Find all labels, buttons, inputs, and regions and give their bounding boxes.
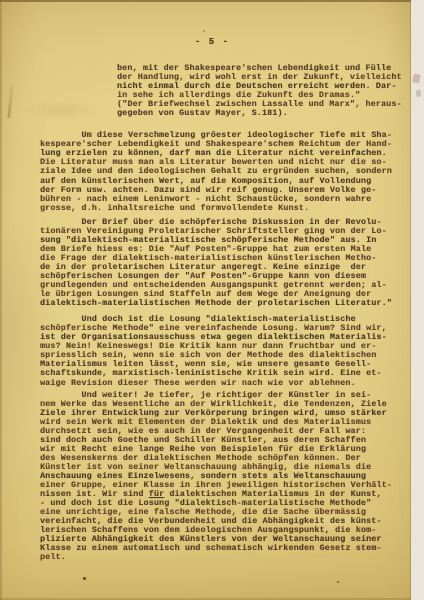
paper-fiber-mark (7, 84, 14, 118)
paper-speck (337, 581, 339, 583)
paragraph-und-weiter: Und weiter! Je tiefer, je richtiger der … (40, 391, 411, 563)
text-line: pelt. (40, 553, 411, 562)
paper-speck (203, 30, 205, 32)
paragraph-verschmelzung: Um diese Verschmelzung gröester ideologi… (40, 131, 411, 212)
pencil-mark (416, 90, 422, 98)
page-number: - 5 - (195, 37, 411, 47)
text-line: waige Revision dieser These werden wir n… (40, 379, 411, 388)
text-line: dialektisch-materialistischen Methode de… (40, 299, 411, 308)
pencil-mark (412, 73, 421, 83)
typewritten-text: ben, mit der Shakespeare'schen Lebendigk… (40, 64, 411, 562)
paragraph-und-doch: Und doch ist die Losung "dialektisch-mat… (40, 315, 411, 387)
text-line: gegeben von Gustav Mayer, S.181). (117, 109, 411, 118)
text-line: Klasse zu einem automatisch und schemati… (40, 544, 411, 553)
scan-background: - 5 - ben, mit der Shakespeare'schen Leb… (0, 0, 424, 600)
text-line: grosse, d.h. inhaltsreiche und formvolle… (40, 204, 411, 213)
paragraph-der-brief: Der Brief über die schöpferische Diskuss… (40, 218, 411, 308)
paper-speck (83, 577, 86, 580)
lassalle-marx-quote: ben, mit der Shakespeare'schen Lebendigk… (117, 64, 411, 118)
document-page: - 5 - ben, mit der Shakespeare'schen Leb… (0, 0, 411, 600)
